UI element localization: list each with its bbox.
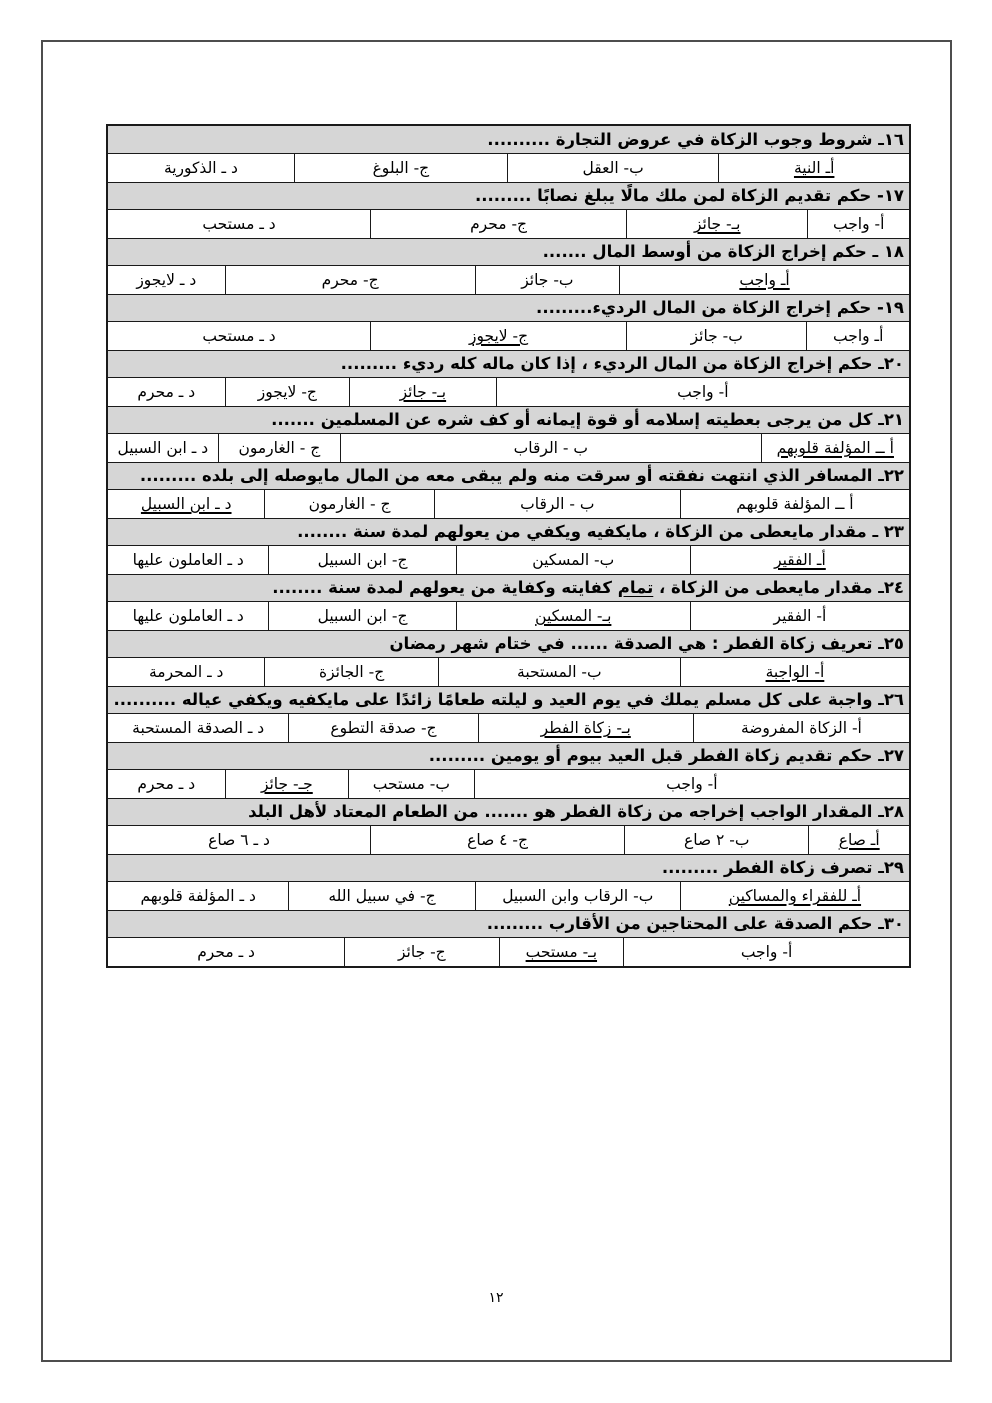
- question-21-text: ٢١ـ كل من يرجى بعطيته إسلامه أو قوة إيما…: [108, 406, 909, 433]
- answer-option-a: أ- واجب: [474, 770, 909, 798]
- page-number: ١٢: [0, 1290, 992, 1306]
- question-20-text: ٢٠ـ حكم إخراج الزكاة من المال الرديء ، إ…: [108, 350, 909, 377]
- answer-option-c: ج- محرم: [370, 210, 626, 238]
- answer-option-c: ج- لايجوز: [370, 322, 626, 350]
- quiz-table: ١٦ـ شروط وجوب الزكاة في عروض التجارة ...…: [106, 124, 911, 968]
- answer-option-c: ج- الجائزة: [264, 658, 437, 686]
- question-27-answers: أ- واجب ب- مستحب جـ- جائز د ـ محرم: [108, 769, 909, 798]
- answer-option-a: أـ للفقراء والمساكين: [680, 882, 909, 910]
- question-18-answers: أـ واجب ب- جائز ج- محرم د ـ لايجوز: [108, 265, 909, 294]
- answer-option-a: أ- الفقير: [690, 602, 909, 630]
- answer-option-a: أـ واجب: [619, 266, 909, 294]
- answer-option-b: ب - الرقاب: [340, 434, 760, 462]
- question-28-text: ٢٨ـ المقدار الواجب إخراجه من زكاة الفطر …: [108, 798, 909, 825]
- answer-option-a: أـ صاع: [808, 826, 909, 854]
- question-16-answers: أـ النية ب- العقل ج- البلوغ د ـ الذكورية: [108, 153, 909, 182]
- question-23-answers: أـ الفقير ب- المسكين ج- ابن السبيل د ـ ا…: [108, 545, 909, 574]
- answer-option-c: ج- صدقة التطوع: [288, 714, 477, 742]
- answer-option-d: د ـ ٦ صاع: [108, 826, 370, 854]
- answer-option-d: د ـ الذكورية: [108, 154, 294, 182]
- answer-option-b: ب - الرقاب: [434, 490, 680, 518]
- question-21-answers: أ ــ المؤلفة قلوبهم ب - الرقاب ج - الغار…: [108, 433, 909, 462]
- answer-option-c: ج- جائز: [344, 938, 498, 966]
- answer-option-b: بـ- جائز: [626, 210, 807, 238]
- answer-option-a: أ- الزكاة المفروضة: [693, 714, 909, 742]
- answer-option-b: ب- الرقاب وابن السبيل: [475, 882, 680, 910]
- answer-option-d: د ـ محرم: [108, 938, 344, 966]
- question-16-text: ١٦ـ شروط وجوب الزكاة في عروض التجارة ...…: [108, 126, 909, 153]
- question-22-text: ٢٢ـ المسافر الذي انتهت نفقته أو سرقت منه…: [108, 462, 909, 489]
- answer-option-a: أـ النية: [718, 154, 909, 182]
- answer-option-d: د ـ مستحب: [108, 210, 370, 238]
- answer-option-c: ج- البلوغ: [294, 154, 507, 182]
- question-17-answers: أ- واجب بـ- جائز ج- محرم د ـ مستحب: [108, 209, 909, 238]
- answer-option-d: د ـ لايجوز: [108, 266, 225, 294]
- answer-option-b: ب- مستحب: [348, 770, 474, 798]
- answer-option-d: د ـ محرم: [108, 770, 225, 798]
- question-24-text: ٢٤ـ مقدار مايعطى من الزكاة ، تمام كفايته…: [108, 574, 909, 601]
- answer-option-d: د ـ الصدقة المستحبة: [108, 714, 288, 742]
- question-20-answers: أ- واجب بـ- جائز ج- لايجوز د ـ محرم: [108, 377, 909, 406]
- answer-option-c: ج- ٤ صاع: [370, 826, 624, 854]
- answer-option-b: ب- المسكين: [456, 546, 690, 574]
- answer-option-b: بـ- زكاة الفطر: [478, 714, 693, 742]
- answer-option-c: ج- محرم: [225, 266, 475, 294]
- answer-option-c: ج - الغارمون: [218, 434, 341, 462]
- answer-option-b: ب- ٢ صاع: [624, 826, 808, 854]
- answer-option-c: جـ- جائز: [225, 770, 349, 798]
- answer-option-b: ب- جائز: [475, 266, 619, 294]
- answer-option-c: ج- ابن السبيل: [268, 602, 455, 630]
- answer-option-a: أ ــ المؤلفة قلوبهم: [761, 434, 909, 462]
- answer-option-d: د ـ العاملون عليها: [108, 602, 268, 630]
- answer-option-c: ج - الغارمون: [264, 490, 433, 518]
- answer-option-c: ج- ابن السبيل: [268, 546, 455, 574]
- answer-option-b: بـ- مستحب: [499, 938, 624, 966]
- answer-option-a: أ ــ المؤلفة قلوبهم: [680, 490, 909, 518]
- answer-option-d: د ـ محرم: [108, 378, 225, 406]
- answer-option-a: أـ الفقير: [690, 546, 909, 574]
- answer-option-b: بـ- المسكين: [456, 602, 690, 630]
- question-28-answers: أـ صاع ب- ٢ صاع ج- ٤ صاع د ـ ٦ صاع: [108, 825, 909, 854]
- question-29-text: ٢٩ـ تصرف زكاة الفطر .........: [108, 854, 909, 881]
- question-22-answers: أ ــ المؤلفة قلوبهم ب - الرقاب ج - الغار…: [108, 489, 909, 518]
- question-19-answers: أـ واجب ب- جائز ج- لايجوز د ـ مستحب: [108, 321, 909, 350]
- question-25-text: ٢٥ـ تعريف زكاة الفطر : هي الصدقة ...... …: [108, 630, 909, 657]
- question-30-text: ٣٠ـ حكم الصدقة على المحتاجين من الأقارب …: [108, 910, 909, 937]
- answer-option-d: د ـ ابن السبيل: [108, 434, 218, 462]
- answer-option-d: د ـ المؤلفة قلوبهم: [108, 882, 288, 910]
- answer-option-a: أ- الواجبة: [680, 658, 909, 686]
- answer-option-a: أـ واجب: [806, 322, 909, 350]
- question-27-text: ٢٧ـ حكم تقديم زكاة الفطر قبل العيد بيوم …: [108, 742, 909, 769]
- answer-option-a: أ- واجب: [623, 938, 909, 966]
- answer-option-c: ج- في سبيل الله: [288, 882, 474, 910]
- answer-option-b: ب- جائز: [626, 322, 806, 350]
- question-26-answers: أ- الزكاة المفروضة بـ- زكاة الفطر ج- صدق…: [108, 713, 909, 742]
- answer-option-b: ب- العقل: [507, 154, 718, 182]
- answer-option-b: بـ- جائز: [349, 378, 495, 406]
- answer-option-d: د ـ العاملون عليها: [108, 546, 268, 574]
- answer-option-a: أ- واجب: [496, 378, 909, 406]
- underlined-word: تمام: [618, 578, 654, 597]
- question-25-answers: أ- الواجبة ب- المستحبة ج- الجائزة د ـ ال…: [108, 657, 909, 686]
- answer-option-a: أ- واجب: [807, 210, 909, 238]
- question-19-text: ١٩- حكم إخراج الزكاة من المال الرديء....…: [108, 294, 909, 321]
- answer-option-b: ب- المستحبة: [438, 658, 680, 686]
- question-18-text: ١٨ ـ حكم إخراج الزكاة من أوسط المال ....…: [108, 238, 909, 265]
- question-30-answers: أ- واجب بـ- مستحب ج- جائز د ـ محرم: [108, 937, 909, 966]
- question-29-answers: أـ للفقراء والمساكين ب- الرقاب وابن السب…: [108, 881, 909, 910]
- question-24-answers: أ- الفقير بـ- المسكين ج- ابن السبيل د ـ …: [108, 601, 909, 630]
- answer-option-d: د ـ ابن السبيل: [108, 490, 264, 518]
- question-17-text: ١٧- حكم تقديم الزكاة لمن ملك مالًا يبلغ …: [108, 182, 909, 209]
- answer-option-d: د ـ المحرمة: [108, 658, 264, 686]
- question-23-text: ٢٣ ـ مقدار مايعطى من الزكاة ، مايكفيه وي…: [108, 518, 909, 545]
- question-26-text: ٢٦ـ واجبة على كل مسلم يملك في يوم العيد …: [108, 686, 909, 713]
- answer-option-c: ج- لايجوز: [225, 378, 350, 406]
- answer-option-d: د ـ مستحب: [108, 322, 370, 350]
